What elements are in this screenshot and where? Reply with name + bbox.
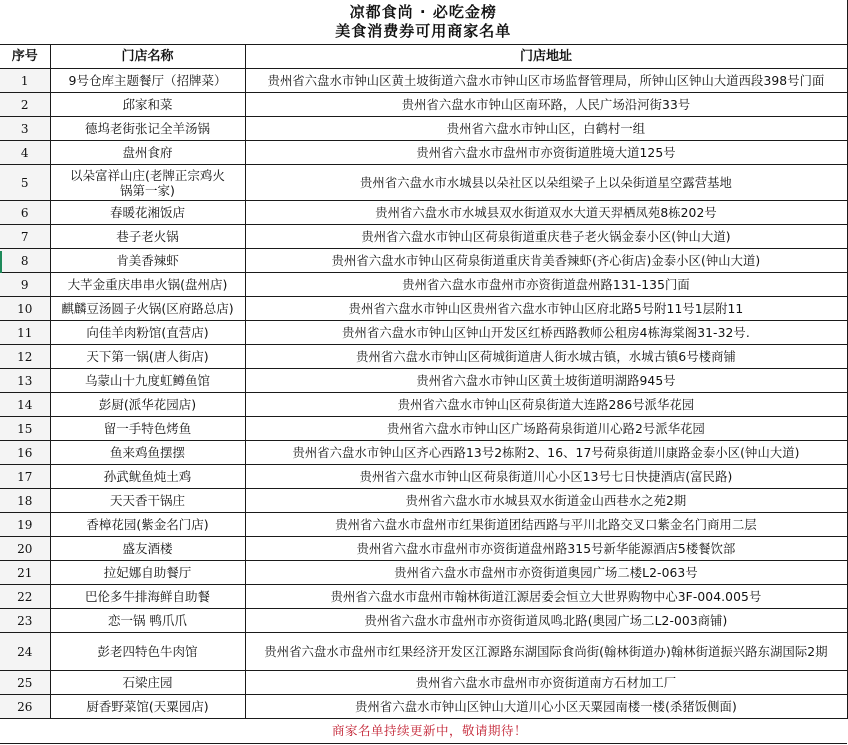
merchant-address: 贵州省六盘水市盘州市亦资街道南方石材加工厂 (245, 671, 847, 695)
table-row: 23恋一锅 鸭爪爪贵州省六盘水市盘州市亦资街道凤鸣北路(奥园广场二L2-003商… (0, 609, 847, 633)
merchant-address: 贵州省六盘水市钟山区荷泉街道重庆肯美香辣虾(齐心街店)金泰小区(钟山大道) (245, 249, 847, 273)
merchant-address: 贵州省六盘水市钟山区荷泉街道大连路286号派华花园 (245, 393, 847, 417)
row-index: 23 (0, 609, 50, 633)
title-row: 凉都食尚 · 必吃金榜 美食消费券可用商家名单 (0, 0, 847, 45)
merchant-name: 恋一锅 鸭爪爪 (50, 609, 245, 633)
merchant-address: 贵州省六盘水市水城县双水街道双水大道天羿栖凤苑8栋202号 (245, 201, 847, 225)
merchant-name: 香樟花园(紫金名门店) (50, 513, 245, 537)
table-row: 20盛友酒楼贵州省六盘水市盘州市亦资街道盘州路315号新华能源酒店5楼餐饮部 (0, 537, 847, 561)
merchant-address: 贵州省六盘水市盘州市翰林街道江源居委会恒立大世界购物中心3F-004.005号 (245, 585, 847, 609)
merchant-list-sheet: 凉都食尚 · 必吃金榜 美食消费券可用商家名单 序号 门店名称 门店地址 19号… (0, 0, 847, 745)
table-row: 4盘州食府贵州省六盘水市盘州市亦资街道胜境大道125号 (0, 141, 847, 165)
table-row: 26厨香野菜馆(天粟园店)贵州省六盘水市钟山区钟山大道川心小区天粟园南楼一楼(杀… (0, 695, 847, 719)
merchant-name: 以朵富祥山庄(老牌正宗鸡火锅第一家) (50, 165, 245, 201)
footer-cell: 商家名单持续更新中，敬请期待！ (0, 719, 847, 744)
row-index: 22 (0, 585, 50, 609)
merchant-name: 向佳羊肉粉馆(直营店) (50, 321, 245, 345)
row-index: 15 (0, 417, 50, 441)
row-index: 14 (0, 393, 50, 417)
merchant-name: 厨香野菜馆(天粟园店) (50, 695, 245, 719)
merchant-name: 德坞老街张记全羊汤锅 (50, 117, 245, 141)
row-index: 4 (0, 141, 50, 165)
row-index: 1 (0, 69, 50, 93)
merchant-address: 贵州省六盘水市钟山区齐心西路13号2栋附2、16、17号荷泉街道川康路金泰小区(… (245, 441, 847, 465)
column-header-address: 门店地址 (245, 45, 847, 69)
merchant-address: 贵州省六盘水市钟山区，白鹤村一组 (245, 117, 847, 141)
merchant-name: 春暖花湘饭店 (50, 201, 245, 225)
footer-note: 商家名单持续更新中，敬请期待！ (2, 724, 845, 738)
table-row: 14彭厨(派华花园店)贵州省六盘水市钟山区荷泉街道大连路286号派华花园 (0, 393, 847, 417)
table-row: 17孙武鱿鱼炖土鸡贵州省六盘水市钟山区荷泉街道川心小区13号七日快捷酒店(富民路… (0, 465, 847, 489)
merchant-address: 贵州省六盘水市钟山区贵州省六盘水市钟山区府北路5号附11号1层附11 (245, 297, 847, 321)
row-index: 9 (0, 273, 50, 297)
merchant-name: 乌蒙山十九度虹鳟鱼馆 (50, 369, 245, 393)
table-row: 6春暖花湘饭店贵州省六盘水市水城县双水街道双水大道天羿栖凤苑8栋202号 (0, 201, 847, 225)
column-header-row: 序号 门店名称 门店地址 (0, 45, 847, 69)
merchant-name: 留一手特色烤鱼 (50, 417, 245, 441)
table-row: 22巴伦多牛排海鲜自助餐贵州省六盘水市盘州市翰林街道江源居委会恒立大世界购物中心… (0, 585, 847, 609)
merchant-name: 大芊金重庆串串火锅(盘州店) (50, 273, 245, 297)
table-row: 24彭老四特色牛肉馆贵州省六盘水市盘州市红果经济开发区江源路东湖国际食尚街(翰林… (0, 633, 847, 671)
merchant-address: 贵州省六盘水市盘州市红果街道团结西路与平川北路交叉口紫金名门商用二层 (245, 513, 847, 537)
table-row: 19号仓库主题餐厅（招牌菜）贵州省六盘水市钟山区黄土坡街道六盘水市钟山区市场监督… (0, 69, 847, 93)
row-index: 6 (0, 201, 50, 225)
merchant-name: 巴伦多牛排海鲜自助餐 (50, 585, 245, 609)
merchant-name: 天下第一锅(唐人街店) (50, 345, 245, 369)
row-index: 26 (0, 695, 50, 719)
merchant-address: 贵州省六盘水市钟山区钟山大道川心小区天粟园南楼一楼(杀猪饭侧面) (245, 695, 847, 719)
page-title: 凉都食尚 · 必吃金榜 美食消费券可用商家名单 (0, 0, 847, 45)
merchant-address: 贵州省六盘水市盘州市亦资街道奥园广场二楼L2-063号 (245, 561, 847, 585)
row-index: 3 (0, 117, 50, 141)
table-row: 25石梁庄园贵州省六盘水市盘州市亦资街道南方石材加工厂 (0, 671, 847, 695)
table-row: 2邱家和菜贵州省六盘水市钟山区南环路，人民广场沿河街33号 (0, 93, 847, 117)
table-row: 11向佳羊肉粉馆(直营店)贵州省六盘水市钟山区钟山开发区红桥西路教师公租房4栋海… (0, 321, 847, 345)
row-index: 10 (0, 297, 50, 321)
row-index: 12 (0, 345, 50, 369)
merchant-address: 贵州省六盘水市钟山区广场路荷泉街道川心路2号派华花园 (245, 417, 847, 441)
merchant-name: 盘州食府 (50, 141, 245, 165)
table-row: 5以朵富祥山庄(老牌正宗鸡火锅第一家)贵州省六盘水市水城县以朵社区以朵组梁子上以… (0, 165, 847, 201)
row-index: 5 (0, 165, 50, 201)
row-index: 20 (0, 537, 50, 561)
merchant-table: 凉都食尚 · 必吃金榜 美食消费券可用商家名单 序号 门店名称 门店地址 19号… (0, 0, 848, 744)
merchant-address: 贵州省六盘水市盘州市亦资街道盘州路315号新华能源酒店5楼餐饮部 (245, 537, 847, 561)
merchant-address: 贵州省六盘水市钟山区南环路，人民广场沿河街33号 (245, 93, 847, 117)
table-row: 10麒麟豆汤圆子火锅(区府路总店)贵州省六盘水市钟山区贵州省六盘水市钟山区府北路… (0, 297, 847, 321)
merchant-name: 麒麟豆汤圆子火锅(区府路总店) (50, 297, 245, 321)
merchant-name: 彭老四特色牛肉馆 (50, 633, 245, 671)
merchant-name: 石梁庄园 (50, 671, 245, 695)
row-index: 11 (0, 321, 50, 345)
merchant-name: 彭厨(派华花园店) (50, 393, 245, 417)
title-line-1: 凉都食尚 · 必吃金榜 (2, 3, 845, 22)
merchant-address: 贵州省六盘水市盘州市红果经济开发区江源路东湖国际食尚街(翰林街道办)翰林街道振兴… (245, 633, 847, 671)
table-row: 15留一手特色烤鱼贵州省六盘水市钟山区广场路荷泉街道川心路2号派华花园 (0, 417, 847, 441)
row-index: 17 (0, 465, 50, 489)
row-index: 18 (0, 489, 50, 513)
row-index: 7 (0, 225, 50, 249)
merchant-name: 鱼来鸡鱼摆摆 (50, 441, 245, 465)
table-row: 13乌蒙山十九度虹鳟鱼馆贵州省六盘水市钟山区黄土坡街道明湖路945号 (0, 369, 847, 393)
row-index: 16 (0, 441, 50, 465)
merchant-address: 贵州省六盘水市盘州市亦资街道凤鸣北路(奥园广场二L2-003商铺) (245, 609, 847, 633)
merchant-address: 贵州省六盘水市钟山区黄土坡街道六盘水市钟山区市场监督管理局，所钟山区钟山大道西段… (245, 69, 847, 93)
table-row: 7巷子老火锅贵州省六盘水市钟山区荷泉街道重庆巷子老火锅金泰小区(钟山大道) (0, 225, 847, 249)
merchant-address: 贵州省六盘水市钟山区荷泉街道川心小区13号七日快捷酒店(富民路) (245, 465, 847, 489)
row-index: 21 (0, 561, 50, 585)
merchant-name: 拉妃娜自助餐厅 (50, 561, 245, 585)
merchant-address: 贵州省六盘水市钟山区荷城街道唐人街水城古镇，水城古镇6号楼商铺 (245, 345, 847, 369)
row-index: 2 (0, 93, 50, 117)
merchant-name: 天天香干锅庄 (50, 489, 245, 513)
table-row: 18天天香干锅庄贵州省六盘水市水城县双水街道金山西巷水之苑2期 (0, 489, 847, 513)
table-row: 12天下第一锅(唐人街店)贵州省六盘水市钟山区荷城街道唐人街水城古镇，水城古镇6… (0, 345, 847, 369)
merchant-name: 邱家和菜 (50, 93, 245, 117)
merchant-address: 贵州省六盘水市盘州市亦资街道胜境大道125号 (245, 141, 847, 165)
title-line-2: 美食消费券可用商家名单 (2, 22, 845, 41)
table-row: 9大芊金重庆串串火锅(盘州店)贵州省六盘水市盘州市亦资街道盘州路131-135门… (0, 273, 847, 297)
merchant-name: 巷子老火锅 (50, 225, 245, 249)
merchant-address: 贵州省六盘水市钟山区荷泉街道重庆巷子老火锅金泰小区(钟山大道) (245, 225, 847, 249)
selected-row-marker (0, 251, 2, 273)
row-index: 24 (0, 633, 50, 671)
merchant-address: 贵州省六盘水市水城县双水街道金山西巷水之苑2期 (245, 489, 847, 513)
footer-row: 商家名单持续更新中，敬请期待！ (0, 719, 847, 744)
merchant-name: 肯美香辣虾 (50, 249, 245, 273)
table-row: 3德坞老街张记全羊汤锅贵州省六盘水市钟山区，白鹤村一组 (0, 117, 847, 141)
merchant-address: 贵州省六盘水市钟山区钟山开发区红桥西路教师公租房4栋海棠阁31-32号. (245, 321, 847, 345)
row-index: 19 (0, 513, 50, 537)
row-index: 8 (0, 249, 50, 273)
column-header-name: 门店名称 (50, 45, 245, 69)
merchant-address: 贵州省六盘水市盘州市亦资街道盘州路131-135门面 (245, 273, 847, 297)
table-row: 19香樟花园(紫金名门店)贵州省六盘水市盘州市红果街道团结西路与平川北路交叉口紫… (0, 513, 847, 537)
merchant-name: 9号仓库主题餐厅（招牌菜） (50, 69, 245, 93)
merchant-address: 贵州省六盘水市水城县以朵社区以朵组梁子上以朵街道星空露营基地 (245, 165, 847, 201)
table-row: 16鱼来鸡鱼摆摆贵州省六盘水市钟山区齐心西路13号2栋附2、16、17号荷泉街道… (0, 441, 847, 465)
merchant-name: 孙武鱿鱼炖土鸡 (50, 465, 245, 489)
row-index: 13 (0, 369, 50, 393)
merchant-address: 贵州省六盘水市钟山区黄土坡街道明湖路945号 (245, 369, 847, 393)
column-header-index: 序号 (0, 45, 50, 69)
row-index: 25 (0, 671, 50, 695)
merchant-name: 盛友酒楼 (50, 537, 245, 561)
table-row: 8肯美香辣虾贵州省六盘水市钟山区荷泉街道重庆肯美香辣虾(齐心街店)金泰小区(钟山… (0, 249, 847, 273)
table-row: 21拉妃娜自助餐厅贵州省六盘水市盘州市亦资街道奥园广场二楼L2-063号 (0, 561, 847, 585)
